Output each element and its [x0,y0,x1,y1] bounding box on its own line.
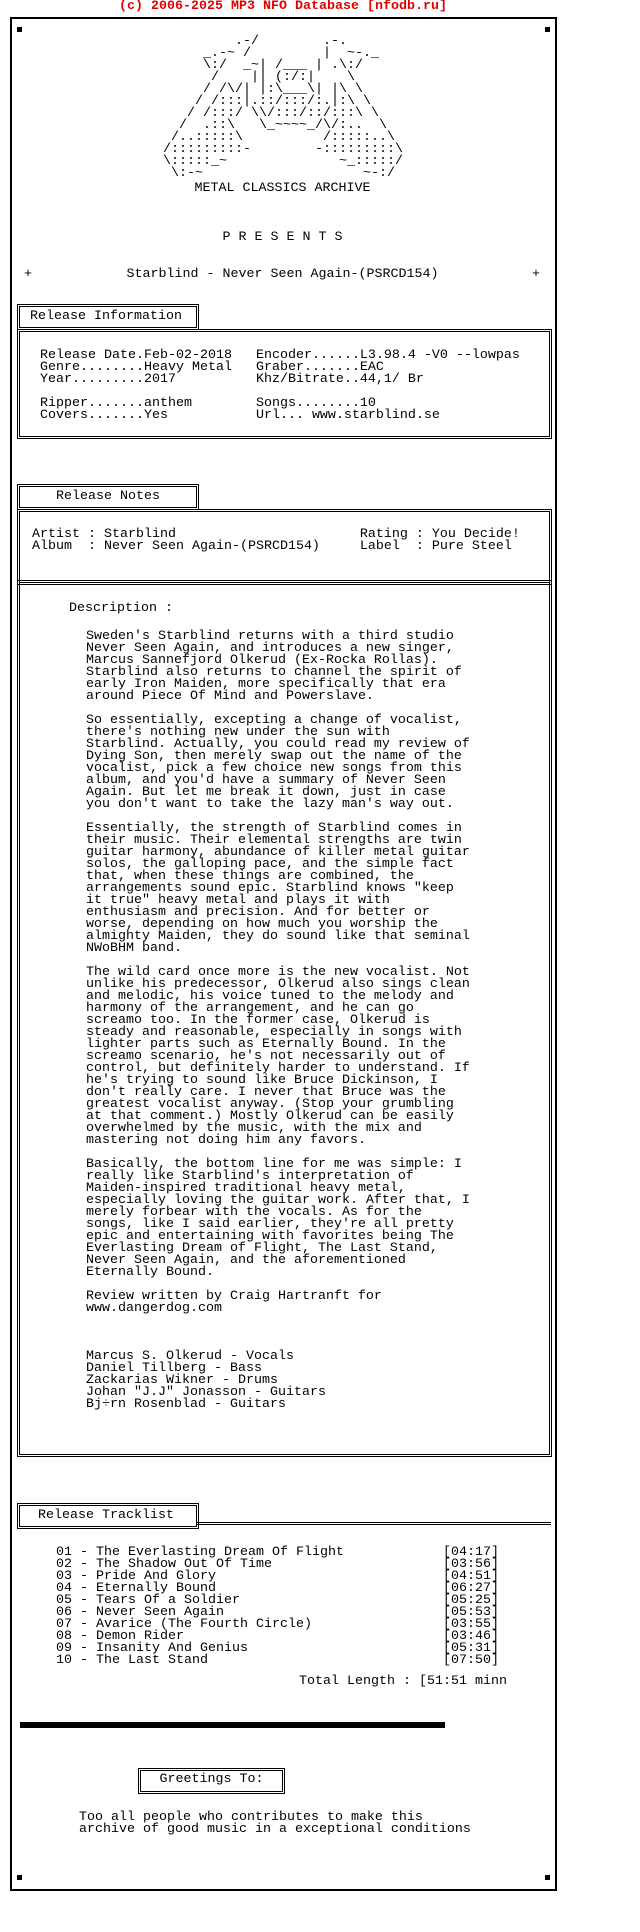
presents-heading: P R E S E N T S [11,232,554,244]
description-paragraph: So essentially, excepting a change of vo… [86,715,470,811]
total-length-value: [51:51 minn [419,1674,507,1689]
corner-dot-icon [545,27,550,32]
release-notes-header-box: Artist : Starblind Rating : You Decide! … [17,509,552,585]
description-paragraph: The wild card once more is the new vocal… [86,967,470,1147]
tab-label: Release Notes [56,489,160,504]
total-length-label: Total Length : [299,1674,411,1689]
track-title: 10 - The Last Stand [56,1653,208,1668]
release-information-text: Release Date.Feb-02-2018 Encoder......L3… [40,350,520,422]
greetings-label-box: Greetings To: [138,1768,285,1794]
corner-dot-icon [17,27,22,32]
release-title: Starblind - Never Seen Again-(PSRCD154) [11,269,554,281]
tracklist-divider [196,1522,551,1525]
description-body: Sweden's Starblind returns with a third … [86,631,470,1411]
thick-divider [20,1722,445,1728]
description-heading: Description : [69,603,173,615]
description-paragraph: Essentially, the strength of Starblind c… [86,823,470,955]
track-row: 10 - The Last Stand[07:50] [56,1655,506,1667]
description-paragraph: Review written by Craig Hartranft for ww… [86,1291,470,1315]
tab-release-tracklist: Release Tracklist [17,1503,199,1529]
total-length: Total Length : [51:51 minn [299,1676,507,1688]
metal-classics-logo-icon: .-/ .-. _.-~ / | ~-._ \:/ _~| /___ | .\:… [155,36,403,180]
tab-release-information: Release Information [17,304,199,330]
release-information-box: Release Date.Feb-02-2018 Encoder......L3… [17,329,552,439]
tracklist: 01 - The Everlasting Dream Of Flight[04:… [56,1547,506,1667]
bullet-right: + [532,269,540,281]
corner-dot-icon [17,1875,22,1880]
release-notes-meta: Artist : Starblind Rating : You Decide! … [32,529,520,553]
copyright-header: (c) 2006-2025 MP3 NFO Database [nfodb.ru… [0,0,566,14]
greetings-label: Greetings To: [160,1772,264,1787]
description-paragraph: Basically, the bottom line for me was si… [86,1159,470,1279]
tab-release-notes: Release Notes [17,484,199,510]
corner-dot-icon [545,1875,550,1880]
tab-label: Release Tracklist [38,1508,174,1523]
lineup-list: Marcus S. Olkerud - Vocals Daniel Tillbe… [86,1351,470,1411]
logo-caption: METAL CLASSICS ARCHIVE [11,183,554,195]
tab-label: Release Information [30,309,182,324]
greetings-text: Too all people who contributes to make t… [79,1812,471,1836]
track-length: [07:50] [443,1655,499,1667]
description-paragraph: Sweden's Starblind returns with a third … [86,631,470,703]
description-box: Description : Sweden's Starblind returns… [17,580,552,1457]
